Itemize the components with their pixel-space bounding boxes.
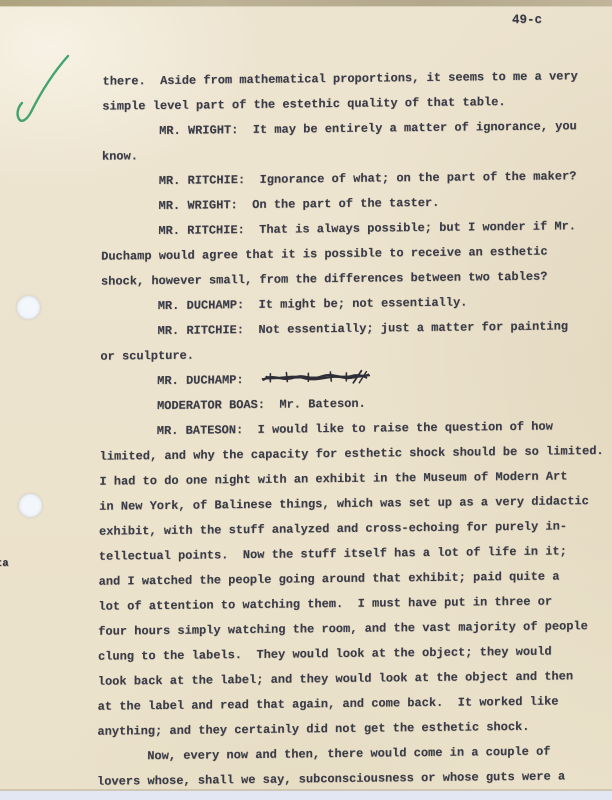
paper-bottom-edge — [0, 789, 612, 800]
page-number: 49-c — [512, 13, 542, 27]
scanned-page: 49-c there. Aside from mathematical prop… — [0, 0, 612, 800]
transcript-text: there. Aside from mathematical proportio… — [0, 39, 612, 771]
transcript-line-text: lovers whose, shall we say, subconscious… — [97, 769, 565, 788]
typed-insertion-note: ta — [0, 558, 9, 570]
paper-top-edge — [0, 0, 612, 7]
